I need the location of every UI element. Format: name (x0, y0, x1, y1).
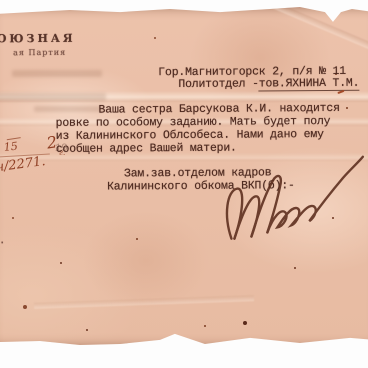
scanned-document: СОЮЗНАЯ ая Партия Гор.Магнитогорск 2, п/… (0, 0, 368, 368)
letterhead-subtitle: ая Партия (13, 48, 66, 57)
address-line-recipient: Политотдел -тов.ЯХНИНА Т.М. (178, 77, 359, 91)
page-number: 1. (0, 235, 5, 247)
margin-handwritten-date: 15 (3, 140, 18, 154)
letter-content: СОЮЗНАЯ ая Партия Гор.Магнитогорск 2, п/… (0, 6, 368, 347)
paper-sheet: СОЮЗНАЯ ая Партия Гор.Магнитогорск 2, п/… (0, 7, 368, 345)
recipient-prefix: Политотдел - (178, 77, 259, 91)
body-line-3: из Калининского Облсобеса. Нами дано ему (56, 128, 324, 143)
body-line-4: сообщен адрес Вашей матери. (56, 142, 237, 156)
margin-handwritten-file-number: ч/2271. (0, 154, 46, 175)
margin-year-suffix: г. (59, 148, 66, 157)
handwritten-signature (219, 154, 366, 251)
recipient-name-underlined: тов.ЯХНИНА Т.М. (259, 77, 360, 92)
letterhead-org-name: СОЮЗНАЯ (0, 32, 76, 46)
